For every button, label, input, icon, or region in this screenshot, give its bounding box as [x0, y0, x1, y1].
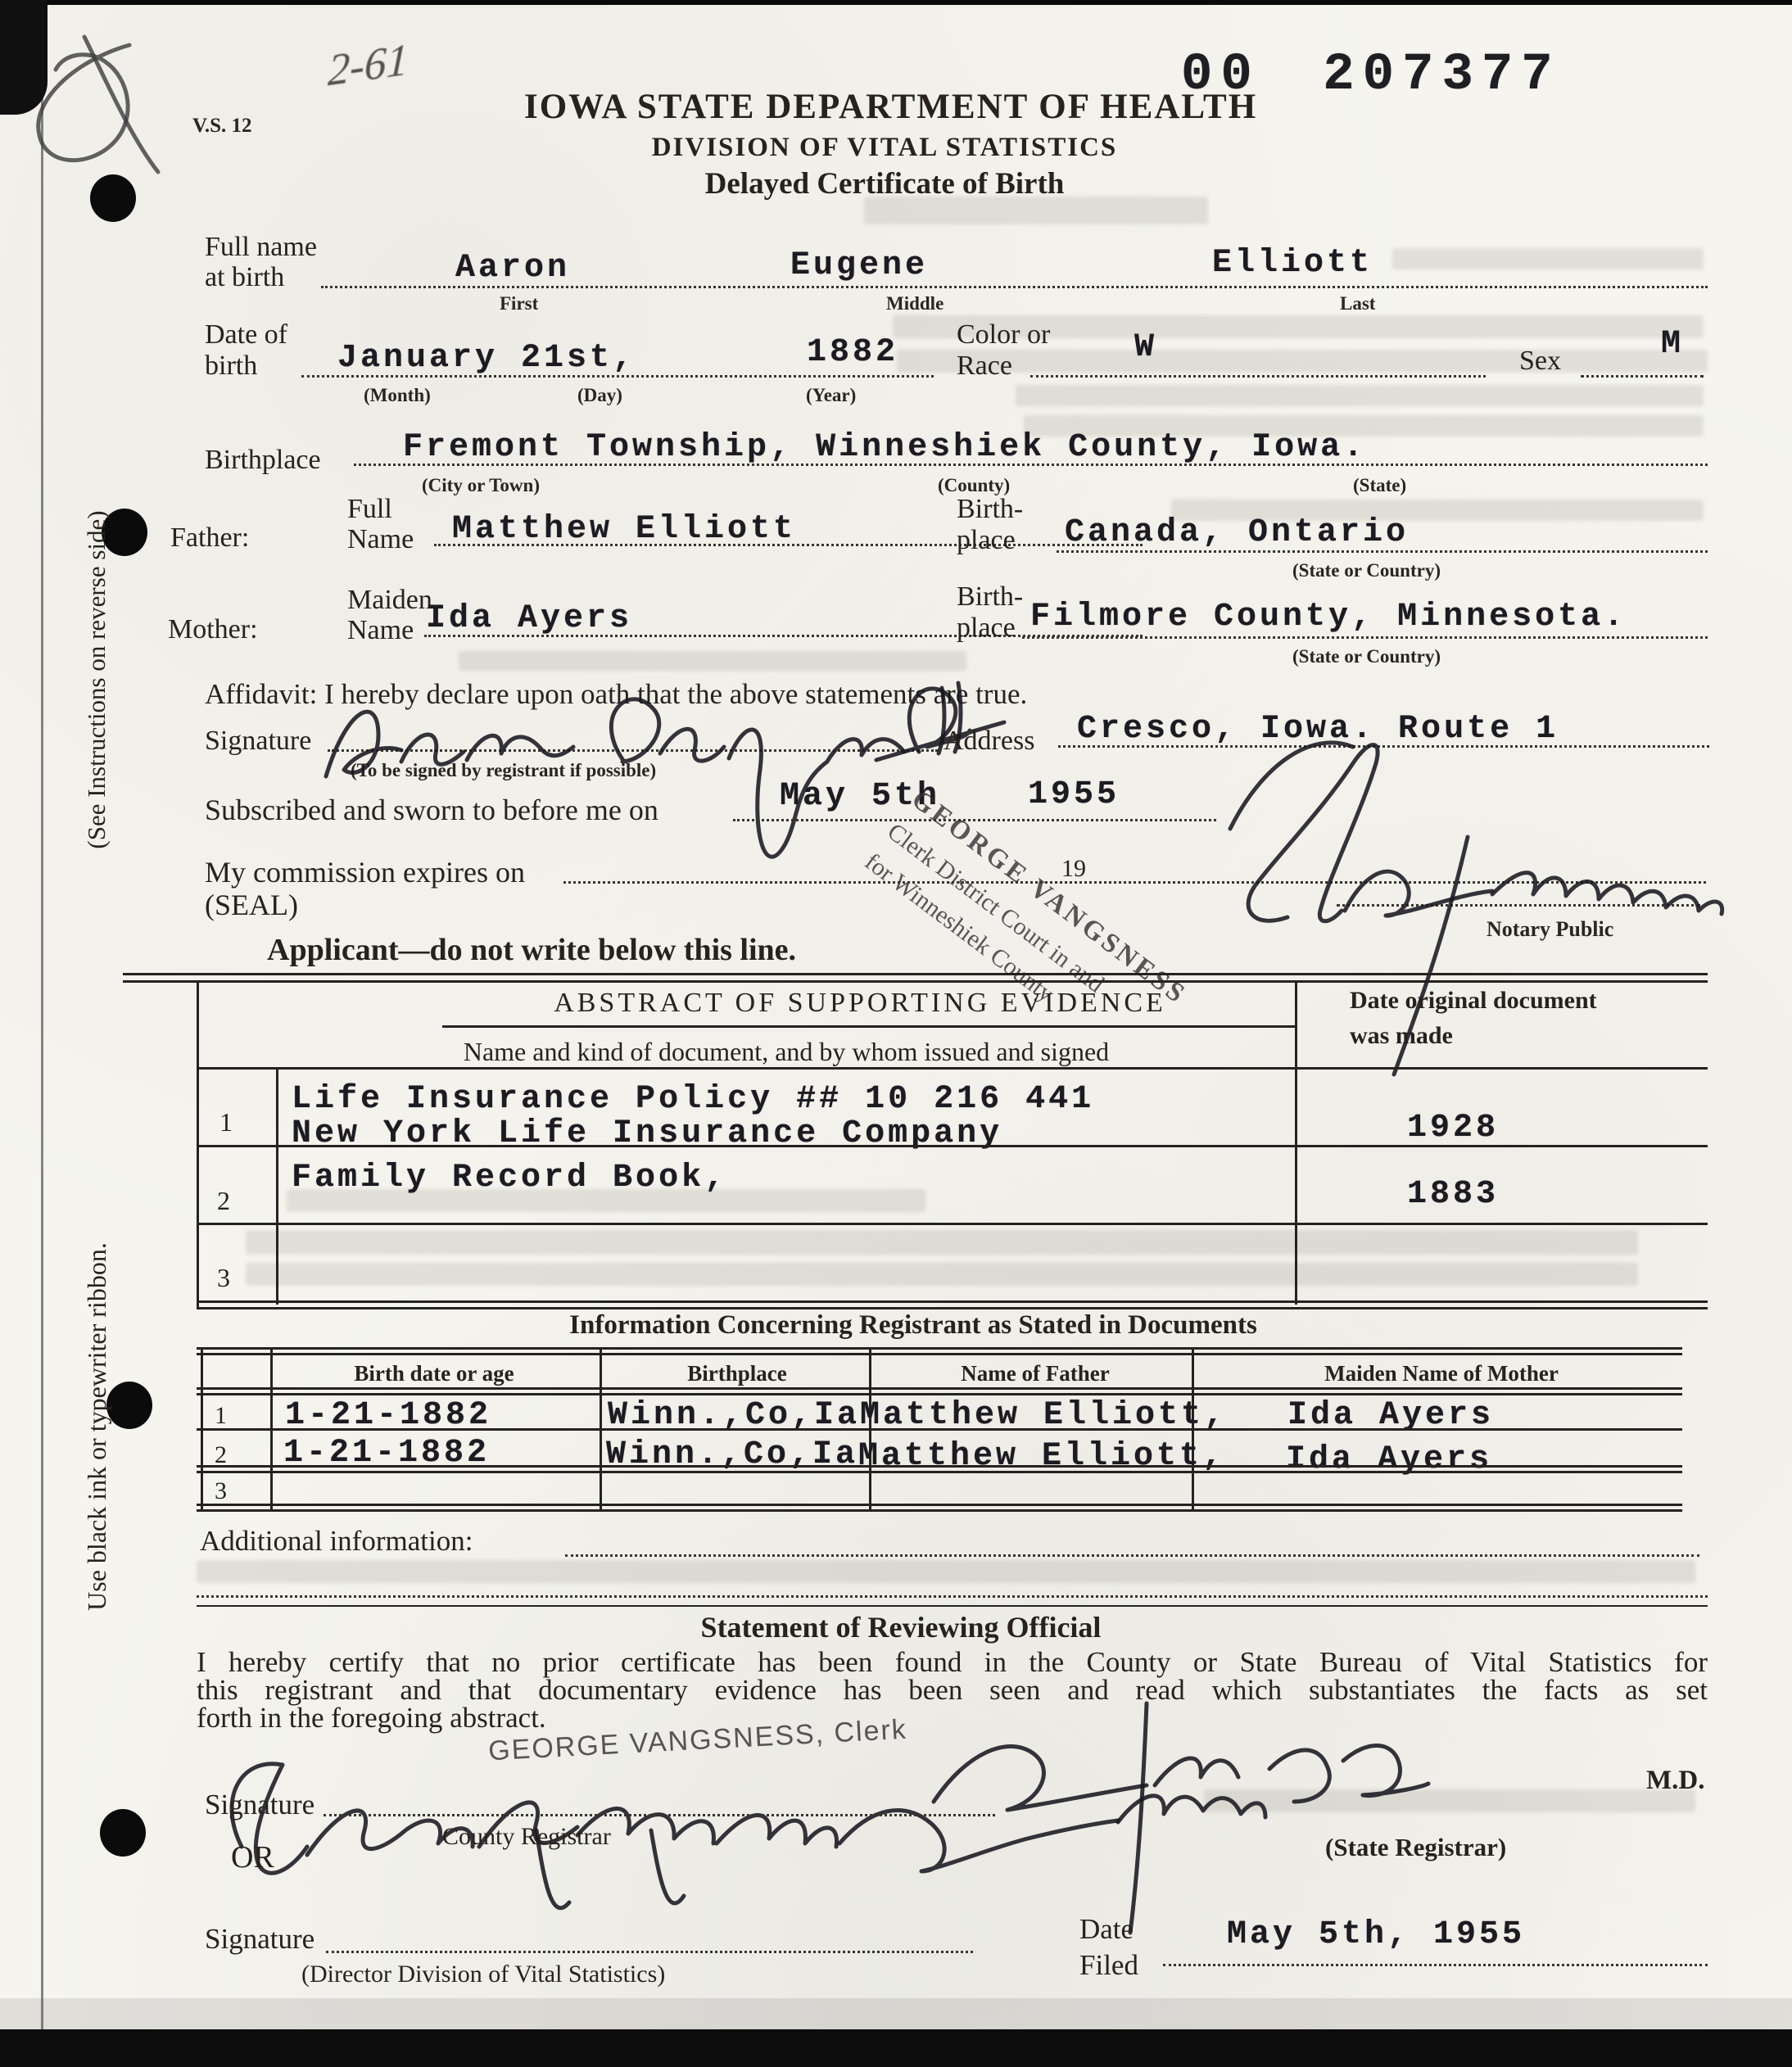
rule: [197, 1465, 1682, 1468]
bleed-through: [197, 1560, 1695, 1583]
sworn-line: [733, 819, 1216, 821]
sworn-date-2: 1955: [1028, 776, 1120, 813]
caption-first: First: [500, 293, 538, 314]
sex-value: M: [1661, 326, 1684, 363]
rule: [442, 1025, 1296, 1028]
mother-bp-line: [1022, 636, 1708, 639]
race-label: Color or: [957, 319, 1050, 351]
header-title: Delayed Certificate of Birth: [606, 166, 1163, 201]
dob-month-day: January 21st,: [337, 340, 636, 377]
table-border: [276, 1067, 278, 1305]
county-registrar-caption: County Registrar: [442, 1823, 611, 1851]
registrant-row-num: 1: [215, 1402, 227, 1430]
evidence-row-date: 1928: [1407, 1110, 1499, 1147]
rule: [197, 1509, 1682, 1512]
punch-hole: [90, 174, 136, 222]
full-name-last: Elliott: [1212, 245, 1373, 282]
evidence-row-num: 1: [219, 1107, 233, 1138]
margin-note-instructions: (See Instructions on reverse side): [82, 401, 115, 958]
date-filed-line: [1163, 1964, 1708, 1966]
applicant-note: Applicant—do not write below this line.: [267, 932, 796, 968]
margin-note-ink: Use black ink or typewriter ribbon.: [82, 1144, 115, 1709]
rule: [123, 973, 1708, 975]
caption-middle: Middle: [886, 293, 944, 314]
seal-label: (SEAL): [205, 888, 298, 922]
dob-line: [301, 375, 934, 378]
father-bp-caption: (State or Country): [1292, 560, 1441, 581]
rule: [197, 1067, 1708, 1070]
commission-label: My commission expires on: [205, 855, 525, 889]
header-department: IOWA STATE DEPARTMENT OF HEALTH: [524, 87, 1245, 127]
birthplace-line: [354, 464, 1708, 466]
rule: [197, 1347, 1682, 1350]
rule: [197, 1307, 1708, 1309]
col-header-birthplace: Birthplace: [606, 1361, 868, 1386]
bleed-through: [246, 1230, 1638, 1255]
rule: [197, 1605, 1708, 1607]
race-label2: Race: [957, 351, 1012, 382]
col-header-birthdate: Birth date or age: [287, 1361, 581, 1386]
rule: [197, 1353, 1682, 1355]
father-name: Matthew Elliott: [452, 511, 796, 548]
rule: [123, 980, 1708, 983]
rule-dashed: [197, 1595, 1708, 1598]
caption-state: (State): [1353, 475, 1406, 496]
reviewing-signature-line: [324, 1814, 995, 1816]
rule: [197, 1300, 1708, 1303]
state-registrar-caption: (State Registrar): [1325, 1833, 1506, 1862]
rule: [197, 1393, 1682, 1395]
mother-bp-label1: Birth-: [957, 581, 1023, 613]
pencil-scribble: [7, 29, 170, 180]
scan-shadow-bottom: [0, 1998, 1792, 2031]
form-number: V.S. 12: [192, 115, 252, 138]
state-registrar-signature: [885, 1671, 1441, 1949]
full-name-first: Aaron: [455, 250, 570, 287]
rule: [197, 1471, 1682, 1473]
father-bp-label1: Birth-: [957, 494, 1023, 525]
mother-label: Mother:: [168, 614, 258, 645]
address-label: Address: [944, 726, 1034, 757]
evidence-row-text: Life Insurance Policy ## 10 216 441: [292, 1081, 1094, 1118]
signature-label: Signature: [205, 726, 311, 757]
date-filed-label1: Date: [1079, 1913, 1134, 1946]
full-name-middle: Eugene: [790, 247, 928, 284]
evidence-date-header2: was made: [1350, 1022, 1453, 1050]
table-border: [1295, 980, 1297, 1305]
mother-sublabel2: Name: [347, 615, 414, 646]
rule: [197, 1223, 1708, 1225]
mother-birthplace: Filmore County, Minnesota.: [1030, 599, 1627, 635]
rule: [197, 1387, 1682, 1390]
mother-sublabel1: Maiden: [347, 585, 432, 616]
bleed-through: [1392, 248, 1704, 269]
registrant-title: Information Concerning Registrant as Sta…: [483, 1310, 1343, 1341]
additional-info-label: Additional information:: [200, 1525, 473, 1558]
caption-month: (Month): [364, 385, 431, 406]
reviewing-signature-label: Signature: [205, 1789, 315, 1821]
full-name-label: Full name: [205, 232, 317, 263]
reviewing-title: Statement of Reviewing Official: [532, 1610, 1269, 1644]
father-sublabel2: Name: [347, 524, 414, 555]
race-value: W: [1134, 329, 1157, 366]
date-filed-label2: Filed: [1079, 1949, 1138, 1982]
col-header-father: Name of Father: [880, 1361, 1190, 1386]
scan-edge-bottom: [0, 2029, 1792, 2067]
registrant-row-father: Matthew Elliott,: [858, 1438, 1225, 1475]
dob-year: 1882: [807, 334, 898, 371]
scan-edge-top: [0, 0, 1792, 5]
date-filed-value: May 5th, 1955: [1227, 1916, 1525, 1953]
registrant-row-num: 3: [215, 1477, 227, 1505]
certificate-number-stamp: 00 207377: [1181, 46, 1561, 105]
father-name-line: [434, 544, 1143, 546]
father-bp-line: [1057, 550, 1708, 553]
evidence-subheader: Name and kind of document, and by whom i…: [295, 1037, 1278, 1067]
birthplace-label: Birthplace: [205, 445, 321, 476]
commission-year-prefix: 19: [1061, 855, 1086, 883]
mother-bp-label2: place: [957, 613, 1016, 644]
mother-name: Ida Ayers: [426, 600, 632, 637]
evidence-row-num: 2: [217, 1186, 230, 1216]
bleed-through: [246, 1263, 1638, 1286]
col-header-mother: Maiden Name of Mother: [1204, 1361, 1679, 1386]
evidence-title: ABSTRACT OF SUPPORTING EVIDENCE: [442, 988, 1278, 1019]
or-label: OR: [231, 1839, 274, 1875]
pencil-note: 2-61: [327, 34, 409, 97]
father-bp-label2: place: [957, 525, 1016, 556]
evidence-row-text: Family Record Book,: [292, 1160, 727, 1196]
sex-line: [1581, 375, 1704, 378]
dob-label2: birth: [205, 351, 257, 382]
header-division: DIVISION OF VITAL STATISTICS: [606, 133, 1163, 163]
birthplace-value: Fremont Township, Winneshiek County, Iow…: [403, 429, 1366, 466]
filing-signature-label: Signature: [205, 1923, 315, 1956]
father-label: Father:: [170, 522, 249, 554]
scan-edge-left: [41, 0, 43, 2031]
md-label: M.D.: [1646, 1766, 1704, 1796]
director-caption: (Director Division of Vital Statistics): [301, 1961, 665, 1988]
father-birthplace: Canada, Ontario: [1065, 514, 1409, 551]
rule: [197, 1145, 1708, 1147]
filing-signature-line: [326, 1951, 973, 1953]
table-border: [197, 980, 199, 1308]
caption-last: Last: [1340, 293, 1375, 314]
full-name-label2: at birth: [205, 262, 284, 293]
caption-day: (Day): [577, 385, 622, 406]
mother-bp-caption: (State or Country): [1292, 646, 1441, 667]
sworn-label: Subscribed and sworn to before me on: [205, 793, 658, 827]
evidence-row-date: 1883: [1407, 1176, 1499, 1213]
dob-label: Date of: [205, 319, 287, 351]
scanned-birth-certificate: (See Instructions on reverse side) Use b…: [0, 0, 1792, 2067]
bleed-through: [459, 651, 966, 671]
registrant-row-birthplace: Winn.,Co,Ia: [606, 1436, 858, 1473]
race-line: [1030, 375, 1486, 378]
father-sublabel1: Full: [347, 494, 392, 525]
rule: [197, 1428, 1682, 1431]
notary-signature: [1197, 714, 1738, 1091]
punch-hole: [100, 1809, 146, 1857]
rule: [197, 1504, 1682, 1506]
evidence-row-num: 3: [217, 1263, 230, 1293]
bleed-through: [897, 350, 1708, 373]
evidence-date-header1: Date original document: [1350, 987, 1597, 1015]
bleed-through: [1016, 385, 1704, 406]
caption-year: (Year): [806, 385, 856, 406]
additional-info-line: [565, 1554, 1699, 1557]
sex-label: Sex: [1519, 346, 1561, 377]
caption-city: (City or Town): [422, 475, 540, 496]
